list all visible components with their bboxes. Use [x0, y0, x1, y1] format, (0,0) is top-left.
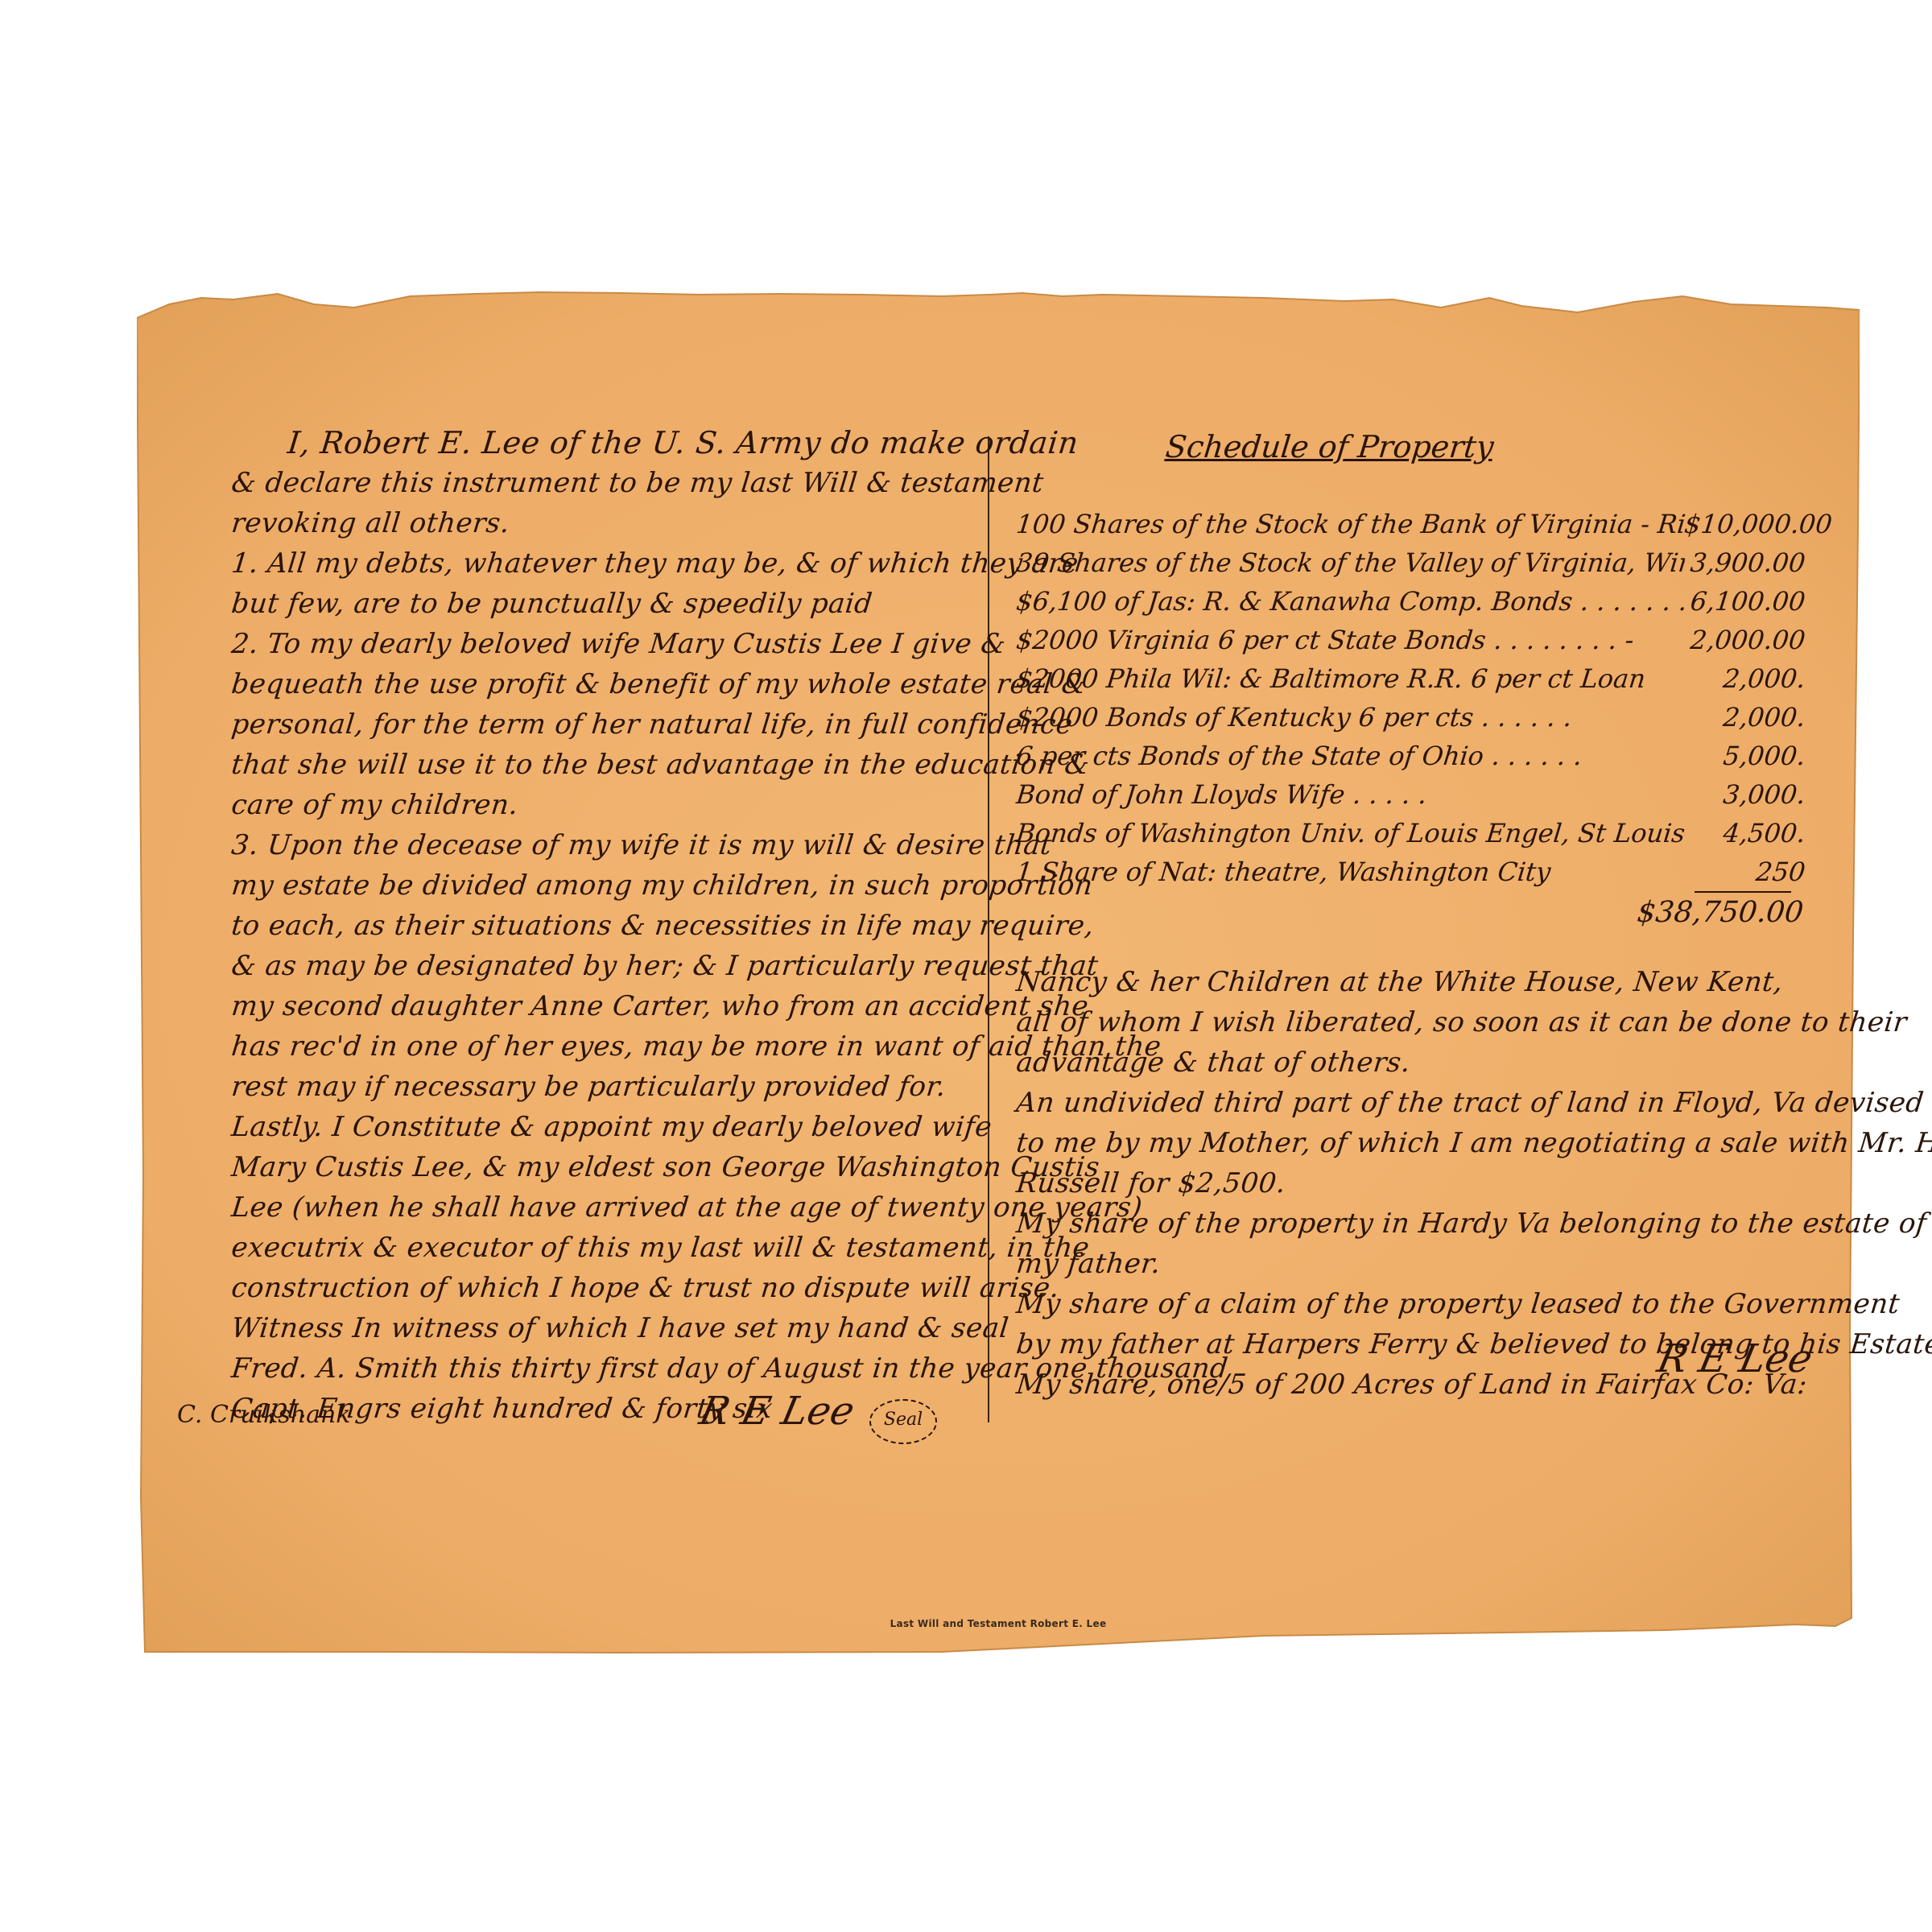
- schedule-heading: Schedule of Property: [1014, 423, 1824, 471]
- schedule-item-amount: 4,500.: [1682, 814, 1823, 852]
- schedule-item: $2000 Virginia 6 per ct State Bonds . . …: [1014, 621, 1823, 659]
- schedule-item-amount: 6,100.00: [1682, 582, 1823, 621]
- schedule-item-amount: 2,000.: [1682, 659, 1823, 698]
- will-line: to each, as their situations & necessiti…: [229, 906, 1006, 946]
- schedule-item-amount: 5,000.: [1682, 737, 1823, 775]
- will-line: my estate be divided among my children, …: [229, 865, 1006, 906]
- will-line: rest may if necessary be particularly pr…: [229, 1067, 1006, 1107]
- schedule-item: Bond of John Lloyds Wife . . . . . 3,000…: [1014, 775, 1823, 814]
- schedule-item-amount: 3,900.00: [1682, 543, 1823, 582]
- will-line: Lastly. I Constitute & appoint my dearly…: [229, 1107, 1006, 1147]
- note-line: My share of the property in Hardy Va bel…: [1014, 1203, 1823, 1244]
- will-line: my second daughter Anne Carter, who from…: [229, 986, 1006, 1026]
- schedule-item: $2000 Bonds of Kentucky 6 per cts . . . …: [1014, 698, 1823, 737]
- seal-mark: Seal: [869, 1399, 937, 1444]
- will-line: bequeath the use profit & benefit of my …: [229, 664, 1006, 704]
- will-line: Witness In witness of which I have set m…: [229, 1308, 1006, 1348]
- will-line: I, Robert E. Lee of the U. S. Army do ma…: [229, 423, 1006, 463]
- will-line: personal, for the term of her natural li…: [229, 704, 1006, 745]
- note-line: all of whom I wish liberated, so soon as…: [1014, 1002, 1823, 1042]
- will-line: executrix & executor of this my last wil…: [229, 1228, 1006, 1268]
- note-line: Nancy & her Children at the White House,…: [1014, 962, 1823, 1002]
- schedule-item-desc: 1 Share of Nat: theatre, Washington City: [1014, 852, 1686, 891]
- schedule-item: Bonds of Washington Univ. of Louis Engel…: [1014, 814, 1823, 852]
- schedule-item-desc: $2000 Virginia 6 per ct State Bonds . . …: [1014, 621, 1686, 659]
- note-line: advantage & that of others.: [1014, 1042, 1823, 1083]
- schedule-item-desc: 39 Shares of the Stock of the Valley of …: [1014, 543, 1686, 582]
- note-line: My share of a claim of the property leas…: [1014, 1284, 1823, 1324]
- schedule-item: 6 per cts Bonds of the State of Ohio . .…: [1014, 737, 1823, 775]
- document-caption: Last Will and Testament Robert E. Lee: [137, 1618, 1860, 1629]
- schedule-item-desc: $6,100 of Jas: R. & Kanawha Comp. Bonds …: [1014, 582, 1686, 621]
- will-line: & as may be designated by her; & I parti…: [229, 946, 1006, 986]
- will-line: 2. To my dearly beloved wife Mary Custis…: [229, 624, 1006, 664]
- note-line: Russell for $2,500.: [1014, 1163, 1823, 1203]
- schedule-item: 39 Shares of the Stock of the Valley of …: [1014, 543, 1823, 582]
- schedule-total: $38,750.00: [1012, 893, 1821, 933]
- will-line: Mary Custis Lee, & my eldest son George …: [229, 1147, 1006, 1187]
- schedule-item-desc: 6 per cts Bonds of the State of Ohio . .…: [1014, 737, 1686, 775]
- schedule-item-desc: $2000 Bonds of Kentucky 6 per cts . . . …: [1014, 698, 1686, 737]
- schedule-item-amount: 3,000.: [1682, 775, 1823, 814]
- schedule-item-desc: 100 Shares of the Stock of the Bank of V…: [1014, 505, 1686, 543]
- schedule-item: $2000 Phila Wil: & Baltimore R.R. 6 per …: [1014, 659, 1823, 698]
- will-line: & declare this instrument to be my last …: [229, 463, 1006, 503]
- will-line: 1. All my debts, whatever they may be, &…: [229, 543, 1006, 584]
- will-line: 3. Upon the decease of my wife it is my …: [229, 825, 1006, 865]
- schedule-item-desc: $2000 Phila Wil: & Baltimore R.R. 6 per …: [1014, 659, 1686, 698]
- schedule-item: 1 Share of Nat: theatre, Washington City…: [1014, 852, 1823, 891]
- schedule-item-amount: $10,000.00: [1682, 505, 1823, 543]
- will-line: construction of which I hope & trust no …: [229, 1268, 1006, 1308]
- schedule-item-amount: 250: [1682, 852, 1823, 891]
- signature-r-e-lee-schedule: R E Lee: [1653, 1336, 1816, 1381]
- will-document-paper: I, Robert E. Lee of the U. S. Army do ma…: [137, 290, 1860, 1658]
- schedule-item-amount: 2,000.00: [1682, 621, 1823, 659]
- note-line: An undivided third part of the tract of …: [1014, 1083, 1823, 1123]
- note-line: my father.: [1014, 1244, 1823, 1284]
- schedule-item-amount: 2,000.: [1682, 698, 1823, 737]
- will-line: Fred. A. Smith this thirty first day of …: [229, 1348, 1006, 1389]
- signature-r-e-lee-will: R E Lee: [696, 1389, 858, 1434]
- will-line: revoking all others.: [229, 503, 1006, 543]
- note-line: to me by my Mother, of which I am negoti…: [1014, 1123, 1823, 1163]
- will-text-column: I, Robert E. Lee of the U. S. Army do ma…: [229, 423, 1002, 1429]
- schedule-item: $6,100 of Jas: R. & Kanawha Comp. Bonds …: [1014, 582, 1823, 621]
- will-line: but few, are to be punctually & speedily…: [229, 584, 1006, 624]
- will-line: that she will use it to the best advanta…: [229, 745, 1006, 785]
- will-line: has rec'd in one of her eyes, may be mor…: [229, 1026, 1006, 1067]
- will-line: Lee (when he shall have arrived at the a…: [229, 1187, 1006, 1228]
- witness-signature-cruikshank: C. Cruikshank: [177, 1401, 350, 1429]
- will-line: care of my children.: [229, 785, 1006, 825]
- schedule-column: Schedule of Property 100 Shares of the S…: [1014, 423, 1819, 1405]
- schedule-item: 100 Shares of the Stock of the Bank of V…: [1014, 505, 1823, 543]
- schedule-item-desc: Bond of John Lloyds Wife . . . . .: [1014, 775, 1686, 814]
- schedule-item-desc: Bonds of Washington Univ. of Louis Engel…: [1014, 814, 1686, 852]
